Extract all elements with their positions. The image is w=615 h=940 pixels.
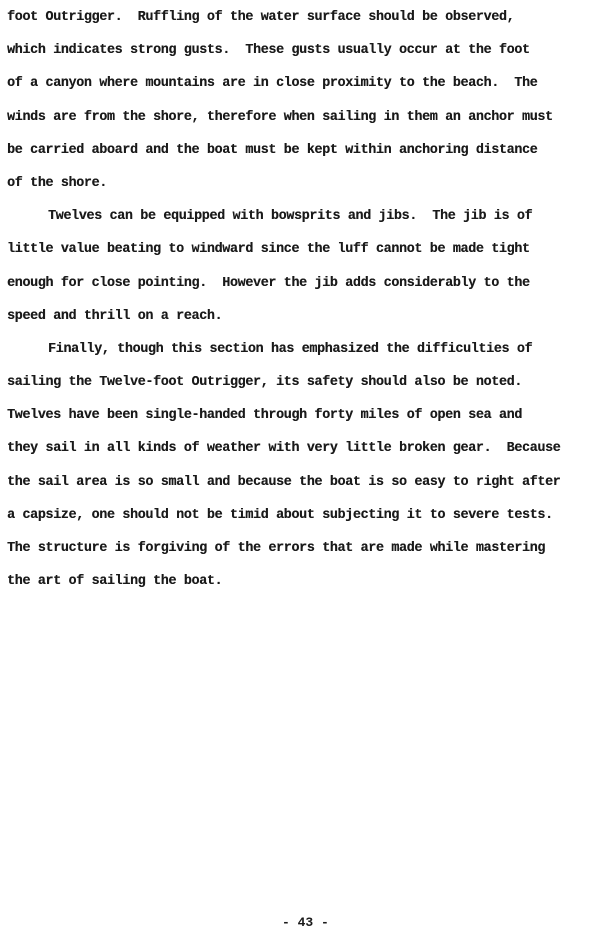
text-line: of a canyon where mountains are in close… [7, 74, 537, 94]
text-line: the art of sailing the boat. [7, 572, 222, 592]
text-line: sailing the Twelve-foot Outrigger, its s… [7, 373, 522, 393]
text-line: The structure is forgiving of the errors… [7, 539, 545, 559]
text-line: which indicates strong gusts. These gust… [7, 41, 530, 61]
page-number: - 43 - [282, 915, 329, 930]
text-line: be carried aboard and the boat must be k… [7, 141, 537, 161]
text-line: they sail in all kinds of weather with v… [7, 439, 560, 459]
document-page: foot Outrigger. Ruffling of the water su… [0, 0, 615, 940]
text-line: Twelves have been single-handed through … [7, 406, 522, 426]
text-line: winds are from the shore, therefore when… [7, 108, 553, 128]
text-line: the sail area is so small and because th… [7, 473, 560, 493]
paragraph-start-line: Twelves can be equipped with bowsprits a… [48, 207, 532, 227]
text-line: of the shore. [7, 174, 107, 194]
text-line: speed and thrill on a reach. [7, 307, 222, 327]
text-line: foot Outrigger. Ruffling of the water su… [7, 8, 514, 28]
text-line: a capsize, one should not be timid about… [7, 506, 553, 526]
text-line: little value beating to windward since t… [7, 240, 530, 260]
paragraph-start-line: Finally, though this section has emphasi… [48, 340, 532, 360]
text-line: enough for close pointing. However the j… [7, 274, 530, 294]
